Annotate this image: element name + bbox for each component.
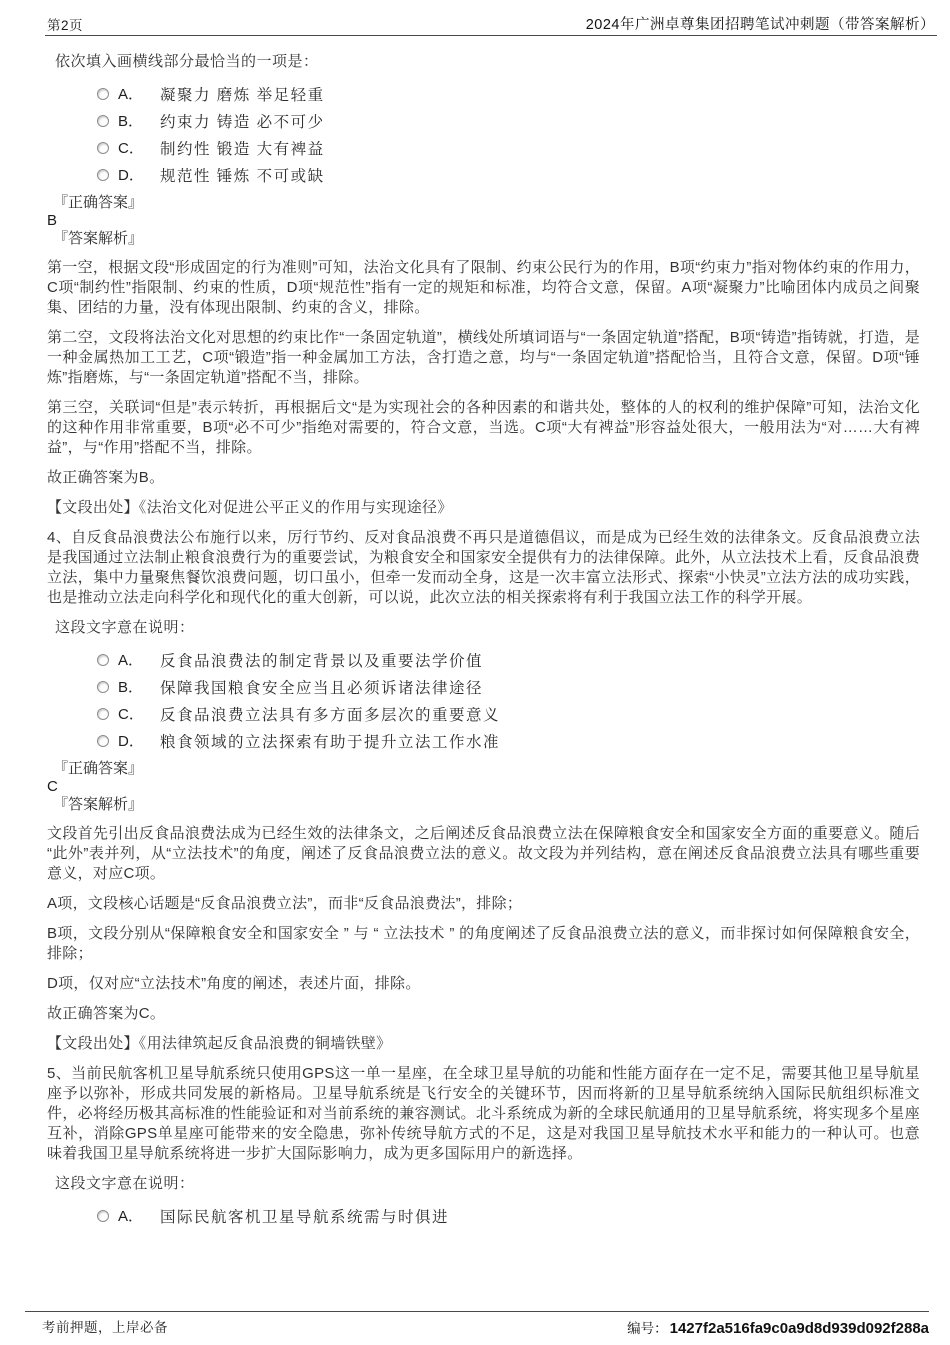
option-row[interactable]: B．保障我国粮食安全应当且必须诉诸法律途径 [97, 673, 920, 700]
analysis-paragraph: 第三空，关联词“但是”表示转折，再根据后文“是为实现社会的各种因素的和谐共处，整… [47, 398, 920, 458]
analysis-paragraph: 故正确答案为C。 [47, 1004, 920, 1024]
question-prompt: 依次填入画横线部分最恰当的一项是： [47, 52, 920, 72]
radio-button-icon[interactable] [97, 115, 109, 127]
analysis-paragraph: 故正确答案为B。 [47, 468, 920, 488]
analysis-paragraph: 文段首先引出反食品浪费法成为已经生效的法律条文，之后阐述反食品浪费立法在保障粮食… [47, 824, 920, 884]
option-row[interactable]: A．国际民航客机卫星导航系统需与时俱进 [97, 1202, 920, 1229]
option-letter: B． [118, 110, 160, 131]
answer-section-label: 『正确答案』 [47, 194, 920, 212]
option-row[interactable]: C．制约性 锻造 大有裨益 [97, 134, 920, 161]
option-letter: A． [118, 1205, 160, 1226]
option-text: 规范性 锤炼 不可或缺 [160, 164, 325, 186]
answer-section-label: 『答案解析』 [47, 796, 920, 814]
footer-serial-label: 编号： [627, 1317, 668, 1337]
page-number: 第2页 [47, 14, 83, 34]
source-reference: 【文段出处】《法治文化对促进公平正义的作用与实现途径》 [47, 498, 920, 518]
footer-serial: 编号： 1427f2a516fa9c0a9d8d939d092f288a [627, 1317, 929, 1337]
option-text: 保障我国粮食安全应当且必须诉诸法律途径 [160, 676, 483, 698]
question-prompt: 这段文字意在说明： [47, 618, 920, 638]
correct-answer-letter: B [47, 212, 920, 230]
option-row[interactable]: A．反食品浪费法的制定背景以及重要法学价值 [97, 646, 920, 673]
analysis-paragraph: B项，文段分别从“保障粮食安全和国家安全 ” 与 “ 立法技术 ” 的角度阐述了… [47, 924, 920, 964]
option-letter: D． [118, 730, 160, 751]
radio-button-icon[interactable] [97, 708, 109, 720]
option-text: 反食品浪费立法具有多方面多层次的重要意义 [160, 703, 500, 725]
question-text: 5、当前民航客机卫星导航系统只使用GPS这一单一星座，在全球卫星导航的功能和性能… [47, 1064, 920, 1164]
radio-button-icon[interactable] [97, 88, 109, 100]
options-group: A．凝聚力 磨炼 举足轻重B．约束力 铸造 必不可少C．制约性 锻造 大有裨益D… [47, 80, 920, 188]
analysis-paragraph: A项，文段核心话题是“反食品浪费立法”，而非“反食品浪费法”，排除； [47, 894, 920, 914]
option-letter: B． [118, 676, 160, 697]
exam-document-page: { "header": { "page_number": "第2页", "tit… [0, 0, 950, 1345]
radio-button-icon[interactable] [97, 142, 109, 154]
option-letter: C． [118, 137, 160, 158]
question-text: 4、自反食品浪费法公布施行以来，厉行节约、反对食品浪费不再只是道德倡议，而是成为… [47, 528, 920, 608]
analysis-paragraph: 第二空，文段将法治文化对思想的约束比作“一条固定轨道”，横线处所填词语与“一条固… [47, 328, 920, 388]
document-body: 依次填入画横线部分最恰当的一项是：A．凝聚力 磨炼 举足轻重B．约束力 铸造 必… [47, 46, 920, 1235]
option-text: 约束力 铸造 必不可少 [160, 110, 325, 132]
answer-section-label: 『正确答案』 [47, 760, 920, 778]
option-row[interactable]: D．粮食领域的立法探索有助于提升立法工作水准 [97, 727, 920, 754]
option-letter: A． [118, 649, 160, 670]
option-letter: D． [118, 164, 160, 185]
radio-button-icon[interactable] [97, 735, 109, 747]
radio-button-icon[interactable] [97, 654, 109, 666]
analysis-paragraph: 第一空，根据文段“形成固定的行为准则”可知，法治文化具有了限制、约束公民行为的作… [47, 258, 920, 318]
option-text: 反食品浪费法的制定背景以及重要法学价值 [160, 649, 483, 671]
answer-section-label: 『答案解析』 [47, 230, 920, 248]
option-row[interactable]: D．规范性 锤炼 不可或缺 [97, 161, 920, 188]
option-letter: C． [118, 703, 160, 724]
header-divider [45, 35, 937, 36]
option-text: 粮食领域的立法探索有助于提升立法工作水准 [160, 730, 500, 752]
option-text: 国际民航客机卫星导航系统需与时俱进 [160, 1205, 449, 1227]
option-row[interactable]: B．约束力 铸造 必不可少 [97, 107, 920, 134]
source-reference: 【文段出处】《用法律筑起反食品浪费的铜墙铁壁》 [47, 1034, 920, 1054]
footer-serial-value: 1427f2a516fa9c0a9d8d939d092f288a [670, 1320, 929, 1337]
footer-slogan: 考前押题，上岸必备 [42, 1316, 168, 1336]
analysis-paragraph: D项，仅对应“立法技术”角度的阐述，表述片面，排除。 [47, 974, 920, 994]
footer-divider [25, 1311, 929, 1312]
option-row[interactable]: C．反食品浪费立法具有多方面多层次的重要意义 [97, 700, 920, 727]
option-text: 制约性 锻造 大有裨益 [160, 137, 325, 159]
option-letter: A． [118, 83, 160, 104]
radio-button-icon[interactable] [97, 1210, 109, 1222]
option-row[interactable]: A．凝聚力 磨炼 举足轻重 [97, 80, 920, 107]
document-title: 2024年广洲卓尊集团招聘笔试冲刺题（带答案解析） [586, 13, 935, 34]
options-group: A．反食品浪费法的制定背景以及重要法学价值B．保障我国粮食安全应当且必须诉诸法律… [47, 646, 920, 754]
question-prompt: 这段文字意在说明： [47, 1174, 920, 1194]
correct-answer-letter: C [47, 778, 920, 796]
option-text: 凝聚力 磨炼 举足轻重 [160, 83, 325, 105]
radio-button-icon[interactable] [97, 681, 109, 693]
radio-button-icon[interactable] [97, 169, 109, 181]
options-group: A．国际民航客机卫星导航系统需与时俱进 [47, 1202, 920, 1229]
